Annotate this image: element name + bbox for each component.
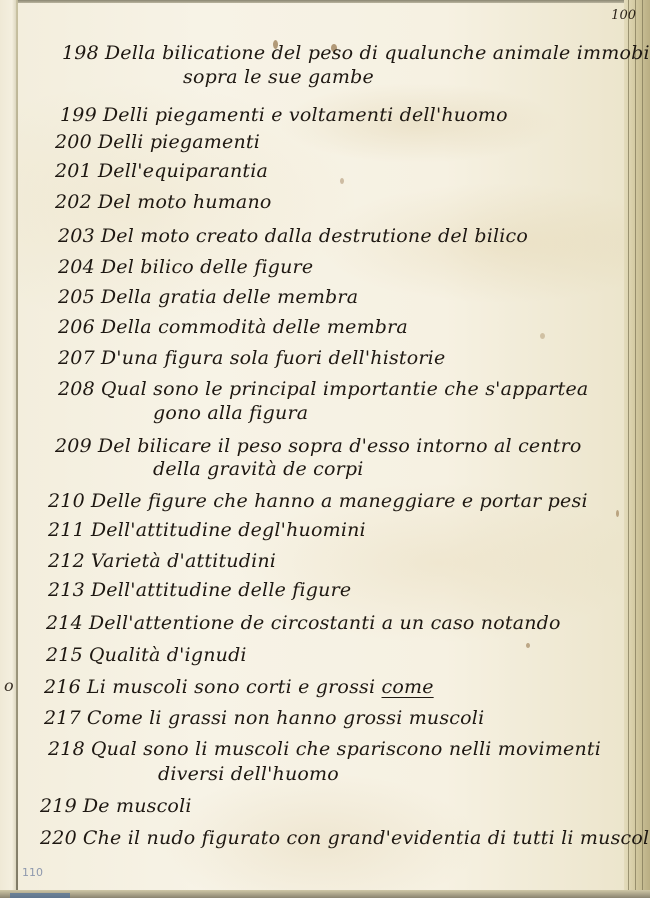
underlined-word: come bbox=[382, 676, 434, 698]
entry-215: 215Qualità d'ignudi bbox=[46, 646, 247, 665]
margin-mark: o bbox=[4, 676, 14, 695]
entry-200: 200Delli piegamenti bbox=[55, 133, 260, 152]
entry-220: 220Che il nudo figurato con grand'eviden… bbox=[40, 829, 650, 848]
manuscript-scan: 100 110 o 198Della bilicatione del peso … bbox=[0, 0, 650, 898]
ink-stain bbox=[540, 333, 545, 339]
entry-210: 210Delle figure che hanno a maneggiare e… bbox=[48, 492, 588, 511]
entry-214: 214Dell'attentione de circostanti a un c… bbox=[46, 614, 561, 633]
entry-212: 212Varietà d'attitudini bbox=[48, 552, 276, 571]
entry-208-continuation: gono alla figura bbox=[153, 404, 308, 423]
ink-stain bbox=[340, 178, 344, 184]
entry-211: 211Dell'attitudine degl'huomini bbox=[48, 521, 366, 540]
entry-205: 205Della gratia delle membra bbox=[58, 288, 358, 307]
entry-207: 207D'una figura sola fuori dell'historie bbox=[58, 349, 445, 368]
bottom-edge bbox=[0, 890, 650, 898]
entry-209-continuation: della gravità de corpi bbox=[153, 460, 364, 479]
entry-206: 206Della commodità delle membra bbox=[58, 318, 408, 337]
background-blue bbox=[10, 893, 70, 898]
entry-219: 219De muscoli bbox=[40, 797, 192, 816]
entry-208: 208Qual sono le principal importantie ch… bbox=[58, 380, 588, 399]
entry-213: 213Dell'attitudine delle figure bbox=[48, 581, 351, 600]
pencil-page-number: 110 bbox=[22, 866, 43, 879]
entry-218: 218Qual sono li muscoli che spariscono n… bbox=[48, 740, 601, 759]
entry-text: Della bilicatione del peso di qualunche … bbox=[105, 42, 650, 64]
entry-198-continuation: sopra le sue gambe bbox=[183, 68, 374, 87]
entry-209: 209Del bilicare il peso sopra d'esso int… bbox=[55, 437, 582, 456]
entry-number: 198 bbox=[62, 44, 99, 63]
folio-number: 100 bbox=[611, 8, 636, 23]
entry-204: 204Del bilico delle figure bbox=[58, 258, 313, 277]
entry-216: 216Li muscoli sono corti e grossi come bbox=[44, 678, 434, 697]
ink-stain bbox=[526, 643, 530, 648]
entry-218-continuation: diversi dell'huomo bbox=[158, 765, 339, 784]
entry-203: 203Del moto creato dalla destrutione del… bbox=[58, 227, 528, 246]
entry-201: 201Dell'equiparantia bbox=[55, 162, 268, 181]
entry-199: 199Delli piegamenti e voltamenti dell'hu… bbox=[60, 106, 508, 125]
entry-202: 202Del moto humano bbox=[55, 193, 272, 212]
ink-stain bbox=[616, 510, 619, 517]
entry-198: 198Della bilicatione del peso di qualunc… bbox=[62, 44, 650, 63]
facing-page-edge bbox=[0, 0, 17, 898]
entry-217: 217Come li grassi non hanno grossi musco… bbox=[44, 709, 484, 728]
binding-edge bbox=[624, 0, 650, 898]
